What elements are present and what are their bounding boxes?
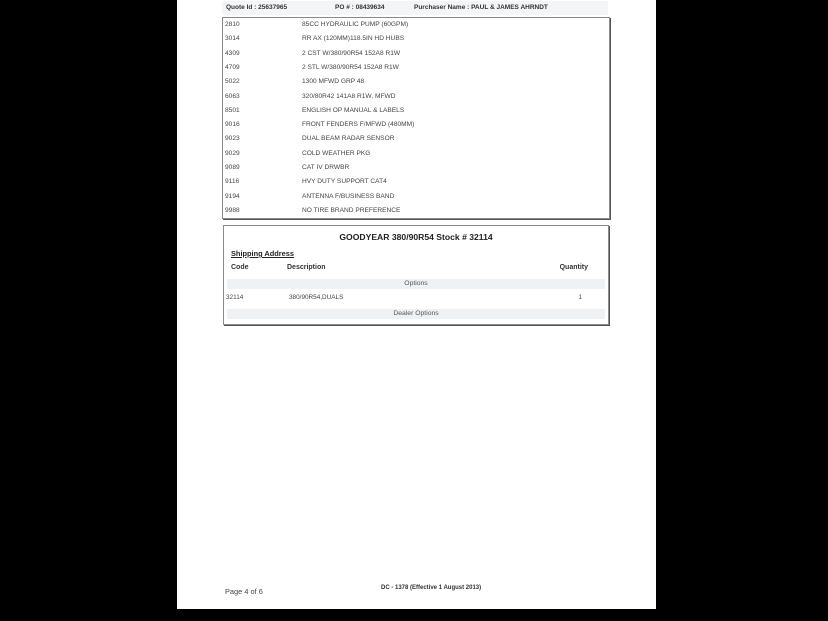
option-description: 1300 MFWD GRP 48: [302, 78, 364, 85]
table-row: 9016FRONT FENDERS F/MFWD (480MM): [223, 118, 609, 132]
table-row: 9116HVY DUTY SUPPORT CAT4: [223, 175, 609, 189]
quote-header: Quote Id : 25637965 PO # : 08439634 Purc…: [222, 1, 608, 15]
option-description: 2 STL W/380/90R54 152A8 R1W: [302, 64, 399, 71]
table-row: 9194ANTENNA F/BUSINESS BAND: [223, 190, 609, 204]
table-row: 43092 CST W/380/90R54 152A8 R1W: [223, 47, 609, 61]
option-description: NO TIRE BRAND PREFERENCE: [302, 207, 400, 214]
option-code: 3014: [225, 35, 240, 42]
option-code: 9089: [225, 164, 240, 171]
option-code: 9016: [225, 121, 240, 128]
column-header-quantity: Quantity: [560, 264, 588, 271]
option-description: ANTENNA F/BUSINESS BAND: [302, 193, 394, 200]
table-row: 9089CAT IV DRWBR: [223, 161, 609, 175]
table-row: 281085CC HYDRAULIC PUMP (60GPM): [223, 18, 609, 32]
option-description: COLD WEATHER PKG: [302, 150, 370, 157]
option-description: FRONT FENDERS F/MFWD (480MM): [302, 121, 414, 128]
table-row: 9988NO TIRE BRAND PREFERENCE: [223, 204, 609, 218]
options-table: 281085CC HYDRAULIC PUMP (60GPM)3014RR AX…: [222, 17, 610, 219]
column-header-code: Code: [231, 264, 249, 271]
table-row: 6063320/80R42 141A8 R1W, MFWD: [223, 90, 609, 104]
option-description: RR AX (120MM)118.5IN HD HUBS: [302, 35, 404, 42]
options-band: Options: [227, 279, 605, 289]
option-description: CAT IV DRWBR: [302, 164, 349, 171]
item-quantity: 1: [578, 294, 582, 301]
quote-id: Quote Id : 25637965: [226, 4, 287, 11]
option-code: 5022: [225, 78, 240, 85]
option-code: 9194: [225, 193, 240, 200]
item-description: 380/90R54,DUALS: [289, 294, 343, 301]
stock-section: GOODYEAR 380/90R54 Stock # 32114 Shippin…: [223, 225, 609, 325]
dealer-options-band: Dealer Options: [227, 309, 605, 319]
option-description: HVY DUTY SUPPORT CAT4: [302, 178, 387, 185]
table-row: 9023DUAL BEAM RADAR SENSOR: [223, 132, 609, 146]
table-row: 3014RR AX (120MM)118.5IN HD HUBS: [223, 32, 609, 46]
option-code: 2810: [225, 21, 240, 28]
option-code: 4309: [225, 50, 240, 57]
shipping-address-heading: Shipping Address: [231, 249, 294, 258]
option-description: 85CC HYDRAULIC PUMP (60GPM): [302, 21, 408, 28]
option-code: 8501: [225, 107, 240, 114]
option-description: DUAL BEAM RADAR SENSOR: [302, 135, 394, 142]
table-row: 9029COLD WEATHER PKG: [223, 147, 609, 161]
po-number: PO # : 08439634: [335, 4, 385, 11]
table-row: 47092 STL W/380/90R54 152A8 R1W: [223, 61, 609, 75]
option-description: 2 CST W/380/90R54 152A8 R1W: [302, 50, 400, 57]
option-code: 9023: [225, 135, 240, 142]
option-description: 320/80R42 141A8 R1W, MFWD: [302, 93, 395, 100]
item-code: 32114: [226, 294, 243, 301]
option-code: 9988: [225, 207, 240, 214]
table-row: 50221300 MFWD GRP 48: [223, 75, 609, 89]
option-code: 4709: [225, 64, 240, 71]
column-header-description: Description: [287, 264, 326, 271]
option-description: ENGLISH OP MANUAL & LABELS: [302, 107, 404, 114]
option-code: 9116: [225, 178, 239, 185]
stock-title: GOODYEAR 380/90R54 Stock # 32114: [224, 232, 608, 242]
document-page: Quote Id : 25637965 PO # : 08439634 Purc…: [177, 0, 656, 609]
form-number: DC - 1378 (Effective 1 August 2013): [381, 585, 481, 591]
page-number: Page 4 of 6: [225, 587, 263, 596]
option-code: 6063: [225, 93, 240, 100]
table-row: 8501ENGLISH OP MANUAL & LABELS: [223, 104, 609, 118]
purchaser-name: Purchaser Name : PAUL & JAMES AHRNDT: [414, 4, 548, 11]
option-code: 9029: [225, 150, 240, 157]
